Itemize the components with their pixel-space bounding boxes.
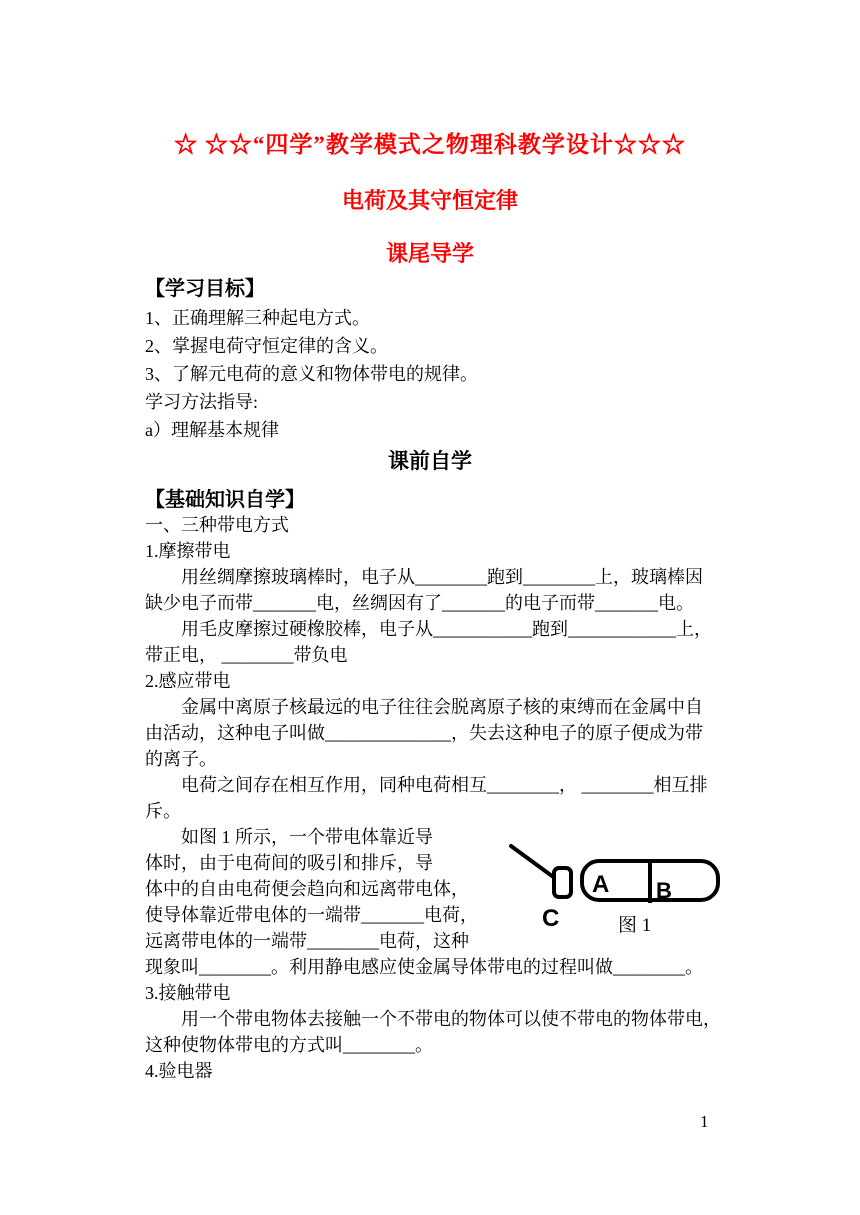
text-line: 用毛皮摩擦过硬橡胶棒，电子从___________跑到____________上… bbox=[145, 616, 723, 642]
label-a: A bbox=[592, 871, 609, 898]
document-subtitle: 电荷及其守恒定律 bbox=[0, 184, 860, 215]
page-number: 1 bbox=[700, 1112, 709, 1132]
text-line: 这种使物体带电的方式叫________。 bbox=[145, 1032, 723, 1058]
goal-item-2: 2、掌握电荷守恒定律的含义。 bbox=[145, 332, 723, 360]
document-title: ☆ ☆☆“四学”教学模式之物理科教学设计☆☆☆ bbox=[0, 126, 860, 159]
basic-knowledge-heading: 【基础知识自学】 bbox=[145, 483, 305, 512]
document-page: ☆ ☆☆“四学”教学模式之物理科教学设计☆☆☆ 电荷及其守恒定律 课尾导学 【学… bbox=[0, 0, 860, 1215]
figure-caption: 图 1 bbox=[618, 914, 651, 936]
charged-body-c-rect bbox=[554, 868, 571, 897]
method-guidance-label: 学习方法指导: bbox=[145, 388, 723, 416]
text-line: 用一个带电物体去接触一个不带电的物体可以使不带电的物体带电， bbox=[145, 1006, 723, 1032]
subsection-friction-charging: 1.摩擦带电 bbox=[145, 538, 723, 564]
session-heading: 课尾导学 bbox=[0, 237, 860, 268]
text-line: 用丝绸摩擦玻璃棒时，电子从________跑到________上，玻璃棒因 bbox=[145, 564, 723, 590]
subsection-induction-charging: 2.感应带电 bbox=[145, 668, 723, 694]
learning-goals-section: 【学习目标】 1、正确理解三种起电方式。 2、掌握电荷守恒定律的含义。 3、了解… bbox=[145, 274, 723, 444]
text-line: 金属中离原子核最远的电子往往会脱离原子核的束缚而在金属中自 bbox=[145, 694, 723, 720]
label-c: C bbox=[542, 905, 559, 932]
subsection-contact-charging: 3.接触带电 bbox=[145, 980, 723, 1006]
text-line: 的离子。 bbox=[145, 746, 723, 772]
text-line: 缺少电子而带_______电，丝绸因有了_______的电子而带_______电… bbox=[145, 590, 723, 616]
figure-1-induction-diagram: A B C 图 1 bbox=[498, 835, 743, 940]
text-line: 斥。 bbox=[145, 798, 723, 824]
section-heading-three-ways: 一、三种带电方式 bbox=[145, 512, 723, 538]
text-line: 现象叫________。利用静电感应使金属导体带电的过程叫做________。 bbox=[145, 954, 723, 980]
preclass-section-heading: 课前自学 bbox=[0, 445, 860, 475]
goals-heading: 【学习目标】 bbox=[145, 274, 723, 304]
text-line: 电荷之间存在相互作用，同种电荷相互________， ________相互排 bbox=[145, 772, 723, 798]
goal-item-3: 3、了解元电荷的意义和物体带电的规律。 bbox=[145, 360, 723, 388]
subsection-electroscope: 4.验电器 bbox=[145, 1058, 723, 1084]
goal-item-1: 1、正确理解三种起电方式。 bbox=[145, 304, 723, 332]
text-line: 由活动，这种电子叫做______________，失去这种电子的原子便成为带 bbox=[145, 720, 723, 746]
body-text-block: 一、三种带电方式 1.摩擦带电 用丝绸摩擦玻璃棒时，电子从________跑到_… bbox=[145, 512, 723, 1084]
charged-rod-line bbox=[511, 846, 552, 876]
label-b: B bbox=[656, 878, 672, 903]
text-line: 带正电， ________带负电 bbox=[145, 642, 723, 668]
method-guidance-item: a）理解基本规律 bbox=[145, 416, 723, 444]
